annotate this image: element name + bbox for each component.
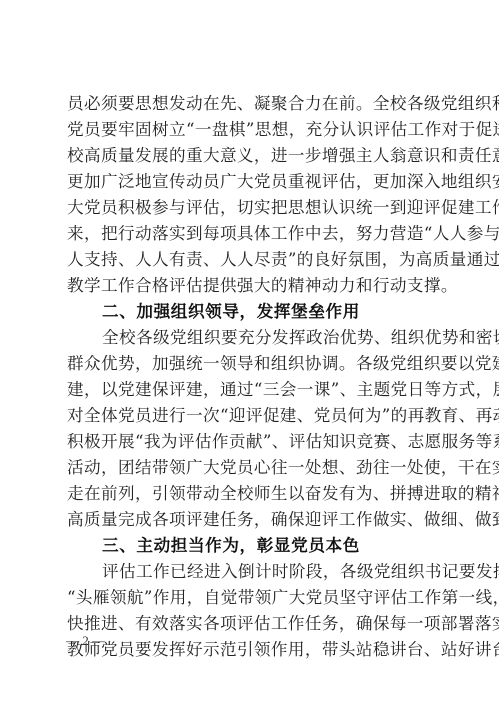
paragraph-line: 走在前列，引领带动全校师生以奋发有为、拼搏进取的精神状态， (67, 481, 438, 507)
paragraph-line: 员必须要思想发动在先、凝聚合力在前。全校各级党组织和广大 (67, 91, 438, 117)
section-heading-2: 二、加强组织领导，发挥堡垒作用 (67, 299, 438, 325)
paragraph-line: 评估工作已经进入倒计时阶段，各级党组织书记要发挥好 (67, 559, 438, 585)
paragraph-line: 高质量完成各项评建任务，确保迎评工作做实、做细、做到位。 (67, 507, 438, 533)
paragraph-line: “头雁领航”作用，自觉带领广大党员坚守评估工作第一线，加 (67, 585, 438, 611)
paragraph-line: 建，以党建保评建，通过“三会一课”、主题党日等方式，层层 (67, 377, 438, 403)
paragraph-line: 大党员积极参与评估，切实把思想认识统一到迎评促建工作上 (67, 195, 438, 221)
paragraph-line: 更加广泛地宣传动员广大党员重视评估，更加深入地组织安排广 (67, 169, 438, 195)
paragraph-line: 校高质量发展的重大意义，进一步增强主人翁意识和责任意识， (67, 143, 438, 169)
section-heading-3: 三、主动担当作为，彰显党员本色 (67, 533, 438, 559)
paragraph-line: 对全体党员进行一次“迎评促建、党员何为”的再教育、再动员， (67, 403, 438, 429)
paragraph-line: 积极开展“我为评估作贡献”、评估知识竞赛、志愿服务等系列 (67, 429, 438, 455)
paragraph-line: 党员要牢固树立“一盘棋”思想，充分认识评估工作对于促进学 (67, 117, 438, 143)
document-page: 员必须要思想发动在先、凝聚合力在前。全校各级党组织和广大 党员要牢固树立“一盘棋… (0, 0, 499, 707)
paragraph-line: 来，把行动落实到每项具体工作中去，努力营造“人人参与、人 (67, 221, 438, 247)
paragraph-line: 快推进、有效落实各项评估工作任务，确保每一项部署落实落地。 (67, 611, 438, 637)
paragraph-line: 群众优势，加强统一领导和组织协调。各级党组织要以党建促评 (67, 351, 438, 377)
paragraph-line: 教学工作合格评估提供强大的精神动力和行动支撑。 (67, 273, 438, 299)
paragraph-line: 人支持、人人有责、人人尽责”的良好氛围，为高质量通过本科 (67, 247, 438, 273)
paragraph-line: 活动，团结带领广大党员心往一处想、劲往一处使，干在实处、 (67, 455, 438, 481)
page-number: — 2 — (66, 633, 105, 649)
paragraph-line: 教师党员要发挥好示范引领作用，带头站稳讲台、站好讲台，用 (67, 637, 438, 663)
document-body: 员必须要思想发动在先、凝聚合力在前。全校各级党组织和广大 党员要牢固树立“一盘棋… (67, 91, 438, 663)
paragraph-line: 全校各级党组织要充分发挥政治优势、组织优势和密切联系 (67, 325, 438, 351)
